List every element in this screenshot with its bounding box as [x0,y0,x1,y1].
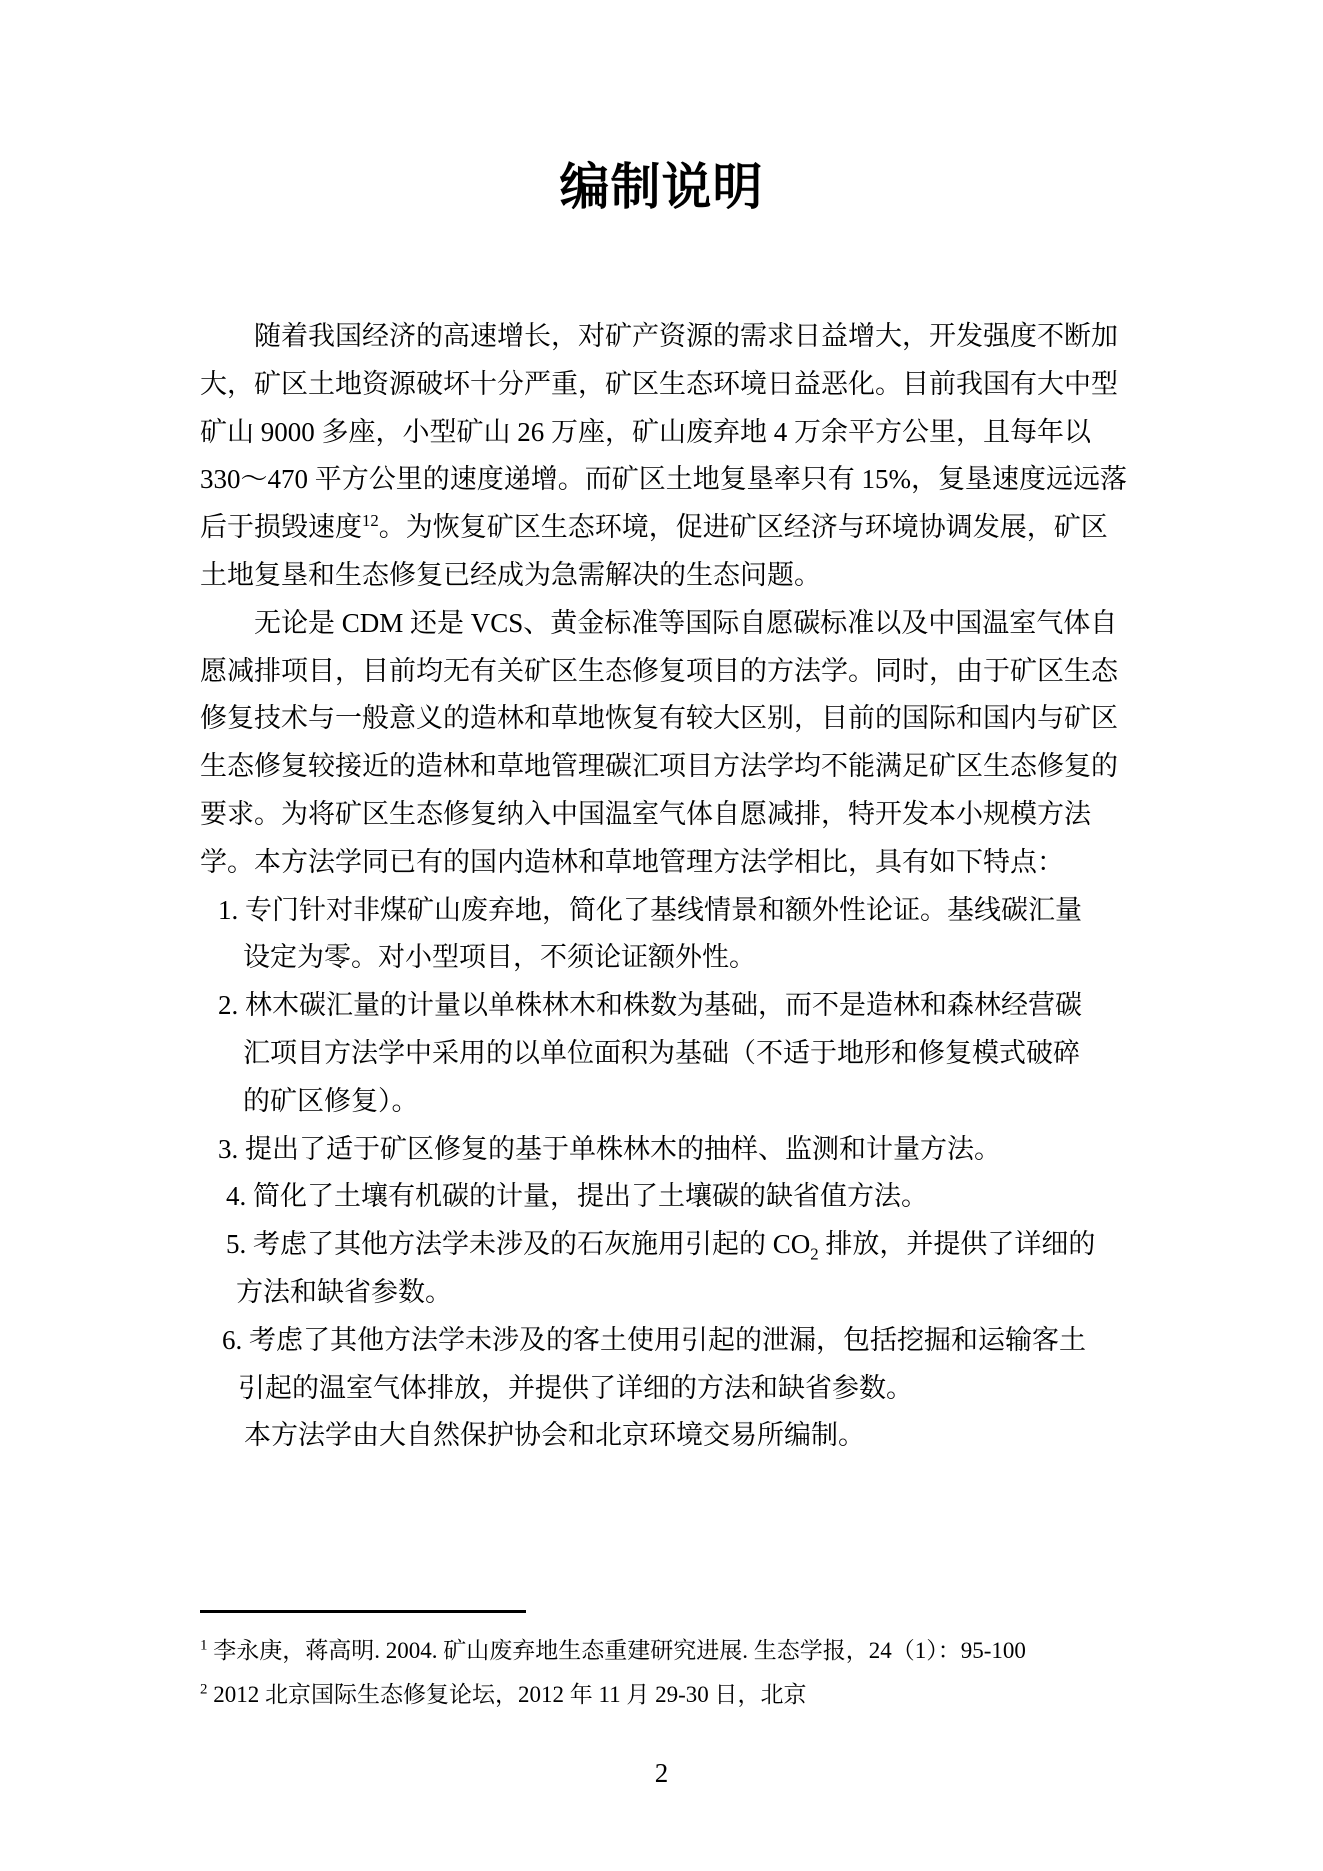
text-segment: 5. 考虑了其他方法学未涉及的石灰施用引起的 CO [226,1229,810,1259]
para1-line2: 大，矿区土地资源破坏十分严重，矿区生态环境日益恶化。目前我国有大中型 [200,361,1126,409]
footnote-1-marker: 1 [200,1637,207,1653]
footnotes: 1 李永庚，蒋高明. 2004. 矿山废弃地生态重建研究进展. 生态学报，24（… [200,1629,1126,1717]
footnote-separator [200,1610,526,1613]
para2-line1: 无论是 CDM 还是 VCS、黄金标准等国际自愿碳标准以及中国温室气体自 [200,600,1126,648]
text-segment: 排放，并提供了详细的 [819,1229,1096,1259]
text-segment: 后于损毁速度 [200,512,362,542]
document-page: 编制说明 随着我国经济的高速增长，对矿产资源的需求日益增大，开发强度不断加 大，… [0,0,1323,1871]
co2-subscript: 2 [810,1245,818,1264]
footnote-2: 2 2012 北京国际生态修复论坛，2012 年 11 月 29-30 日，北京 [200,1673,1126,1717]
footnote-1-text: 李永庚，蒋高明. 2004. 矿山废弃地生态重建研究进展. 生态学报，24（1）… [213,1638,1026,1663]
para1-line5: 后于损毁速度12。为恢复矿区生态环境，促进矿区经济与环境协调发展，矿区 [200,504,1126,552]
para2-line5: 要求。为将矿区生态修复纳入中国温室气体自愿减排，特开发本小规模方法 [200,791,1126,839]
para2-line6: 学。本方法学同已有的国内造林和草地管理方法学相比，具有如下特点： [200,839,1126,887]
footnote-2-text: 2012 北京国际生态修复论坛，2012 年 11 月 29-30 日，北京 [213,1682,806,1707]
para1-line4: 330～470 平方公里的速度递增。而矿区土地复垦率只有 15%，复垦速度远远落 [200,456,1126,504]
para1-line1: 随着我国经济的高速增长，对矿产资源的需求日益增大，开发强度不断加 [200,313,1126,361]
list-item-2-line1: 2. 林木碳汇量的计量以单株林木和株数为基础，而不是造林和森林经营碳 [200,982,1126,1030]
list-item-1-line2: 设定为零。对小型项目，不须论证额外性。 [200,934,1126,982]
para2-line3: 修复技术与一般意义的造林和草地恢复有较大区别，目前的国际和国内与矿区 [200,695,1126,743]
list-item-3-line1: 3. 提出了适于矿区修复的基于单株林木的抽样、监测和计量方法。 [200,1126,1126,1174]
text-segment: 。为恢复矿区生态环境，促进矿区经济与环境协调发展，矿区 [379,512,1108,542]
list-item-5-line2: 方法和缺省参数。 [200,1269,1126,1317]
para1-line6: 土地复垦和生态修复已经成为急需解决的生态问题。 [200,552,1126,600]
document-body: 随着我国经济的高速增长，对矿产资源的需求日益增大，开发强度不断加 大，矿区土地资… [200,313,1126,1460]
para2-line4: 生态修复较接近的造林和草地管理碳汇项目方法学均不能满足矿区生态修复的 [200,743,1126,791]
footnote-2-marker: 2 [200,1681,207,1697]
list-item-6-line1: 6. 考虑了其他方法学未涉及的客土使用引起的泄漏，包括挖掘和运输客土 [200,1317,1126,1365]
para1-line3: 矿山 9000 多座，小型矿山 26 万座，矿山废弃地 4 万余平方公里，且每年… [200,409,1126,457]
list-item-4-line1: 4. 简化了土壤有机碳的计量，提出了土壤碳的缺省值方法。 [200,1173,1126,1221]
list-item-1-line1: 1. 专门针对非煤矿山废弃地，简化了基线情景和额外性论证。基线碳汇量 [200,887,1126,935]
footnote-ref-superscript: 12 [362,511,379,530]
list-item-6-line2: 引起的温室气体排放，并提供了详细的方法和缺省参数。 [200,1365,1126,1413]
para2-line2: 愿减排项目，目前均无有关矿区生态修复项目的方法学。同时，由于矿区生态 [200,648,1126,696]
list-item-2-line3: 的矿区修复）。 [200,1078,1126,1126]
page-number: 2 [0,1753,1323,1793]
closing-line: 本方法学由大自然保护协会和北京环境交易所编制。 [200,1412,1126,1460]
page-title: 编制说明 [0,156,1323,218]
list-item-2-line2: 汇项目方法学中采用的以单位面积为基础（不适于地形和修复模式破碎 [200,1030,1126,1078]
footnote-1: 1 李永庚，蒋高明. 2004. 矿山废弃地生态重建研究进展. 生态学报，24（… [200,1629,1126,1673]
list-item-5-line1: 5. 考虑了其他方法学未涉及的石灰施用引起的 CO2 排放，并提供了详细的 [200,1221,1126,1269]
